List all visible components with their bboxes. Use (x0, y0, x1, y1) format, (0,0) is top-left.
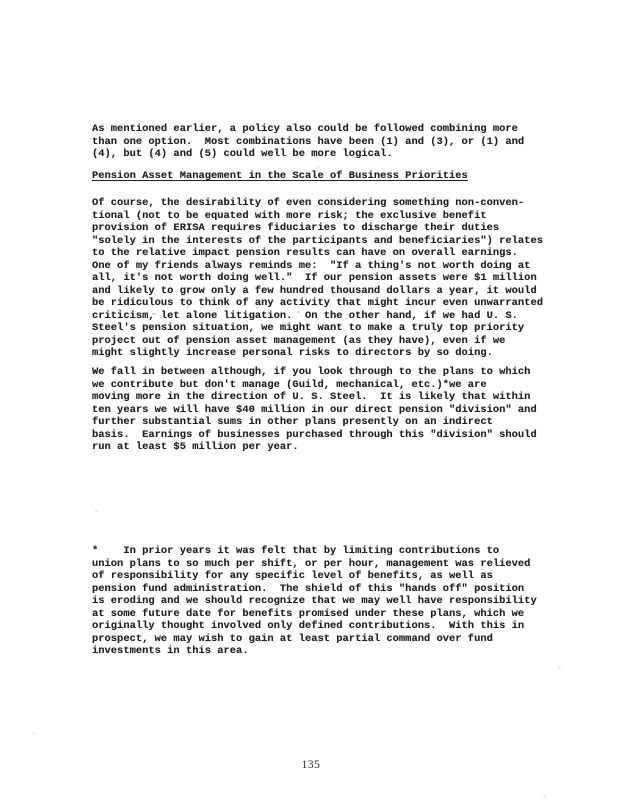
text-line: at some future date for benefits promise… (92, 608, 537, 621)
text-line: Of course, the desirability of even cons… (92, 197, 543, 210)
text-line: One of my friends always reminds me: "If… (92, 260, 543, 273)
text-line: is eroding and we should recognize that … (92, 595, 537, 608)
text-line: Steel's pension situation, we might want… (92, 322, 543, 335)
text-line: investments in this area. (92, 645, 537, 658)
text-line: moving more in the direction of U. S. St… (92, 391, 537, 404)
text-line: project out of pension asset management … (92, 335, 543, 348)
text-line: * In prior years it was felt that by lim… (92, 545, 537, 558)
document-page: As mentioned earlier, a policy also coul… (0, 0, 622, 810)
text-line: (4), but (4) and (5) could well be more … (92, 148, 524, 161)
text-line: to the relative impact pension results c… (92, 247, 543, 260)
text-line: basis. Earnings of businesses purchased … (92, 429, 537, 442)
text-line: provision of ERISA requires fiduciaries … (92, 222, 543, 235)
page-number: 135 (0, 759, 622, 771)
text-line: than one option. Most combinations have … (92, 136, 524, 149)
text-line: be ridiculous to think of any activity t… (92, 297, 543, 310)
scan-speck (543, 796, 546, 798)
paragraph-priorities: Of course, the desirability of even cons… (92, 197, 543, 360)
text-line: "solely in the interests of the particip… (92, 235, 543, 248)
footnote: * In prior years it was felt that by lim… (92, 545, 537, 658)
text-line: might slightly increase personal risks t… (92, 347, 543, 360)
scan-speck (297, 311, 300, 313)
text-line: criticism, let alone litigation. On the … (92, 310, 543, 323)
section-heading: Pension Asset Management in the Scale of… (92, 170, 468, 183)
text-line: of responsibility for any specific level… (92, 570, 537, 583)
scan-speck (152, 313, 156, 315)
text-line: all, it's not worth doing well." If our … (92, 272, 543, 285)
text-line: We fall in between although, if you look… (92, 366, 537, 379)
scan-speck (95, 510, 98, 512)
text-line: union plans to so much per shift, or per… (92, 558, 537, 571)
text-line: prospect, we may wish to gain at least p… (92, 633, 537, 646)
scan-speck (558, 666, 561, 668)
text-line: we contribute but don't manage (Guild, m… (92, 379, 537, 392)
scan-speck (256, 307, 258, 309)
text-line: ten years we will have $40 million in ou… (92, 404, 537, 417)
scan-speck (118, 309, 121, 311)
text-line: run at least $5 million per year. (92, 441, 537, 454)
paragraph-intro: As mentioned earlier, a policy also coul… (92, 123, 524, 161)
text-line: pension fund administration. The shield … (92, 583, 537, 596)
text-line: originally thought involved only defined… (92, 620, 537, 633)
text-line: further substantial sums in other plans … (92, 416, 537, 429)
scan-speck (214, 312, 217, 314)
scan-speck (317, 166, 319, 168)
text-line: and likely to grow only a few hundred th… (92, 285, 543, 298)
scan-speck (33, 732, 36, 734)
text-line: As mentioned earlier, a policy also coul… (92, 123, 524, 136)
text-line: tional (not to be equated with more risk… (92, 210, 543, 223)
scan-speck (187, 306, 189, 308)
paragraph-we-fall: We fall in between although, if you look… (92, 366, 537, 454)
